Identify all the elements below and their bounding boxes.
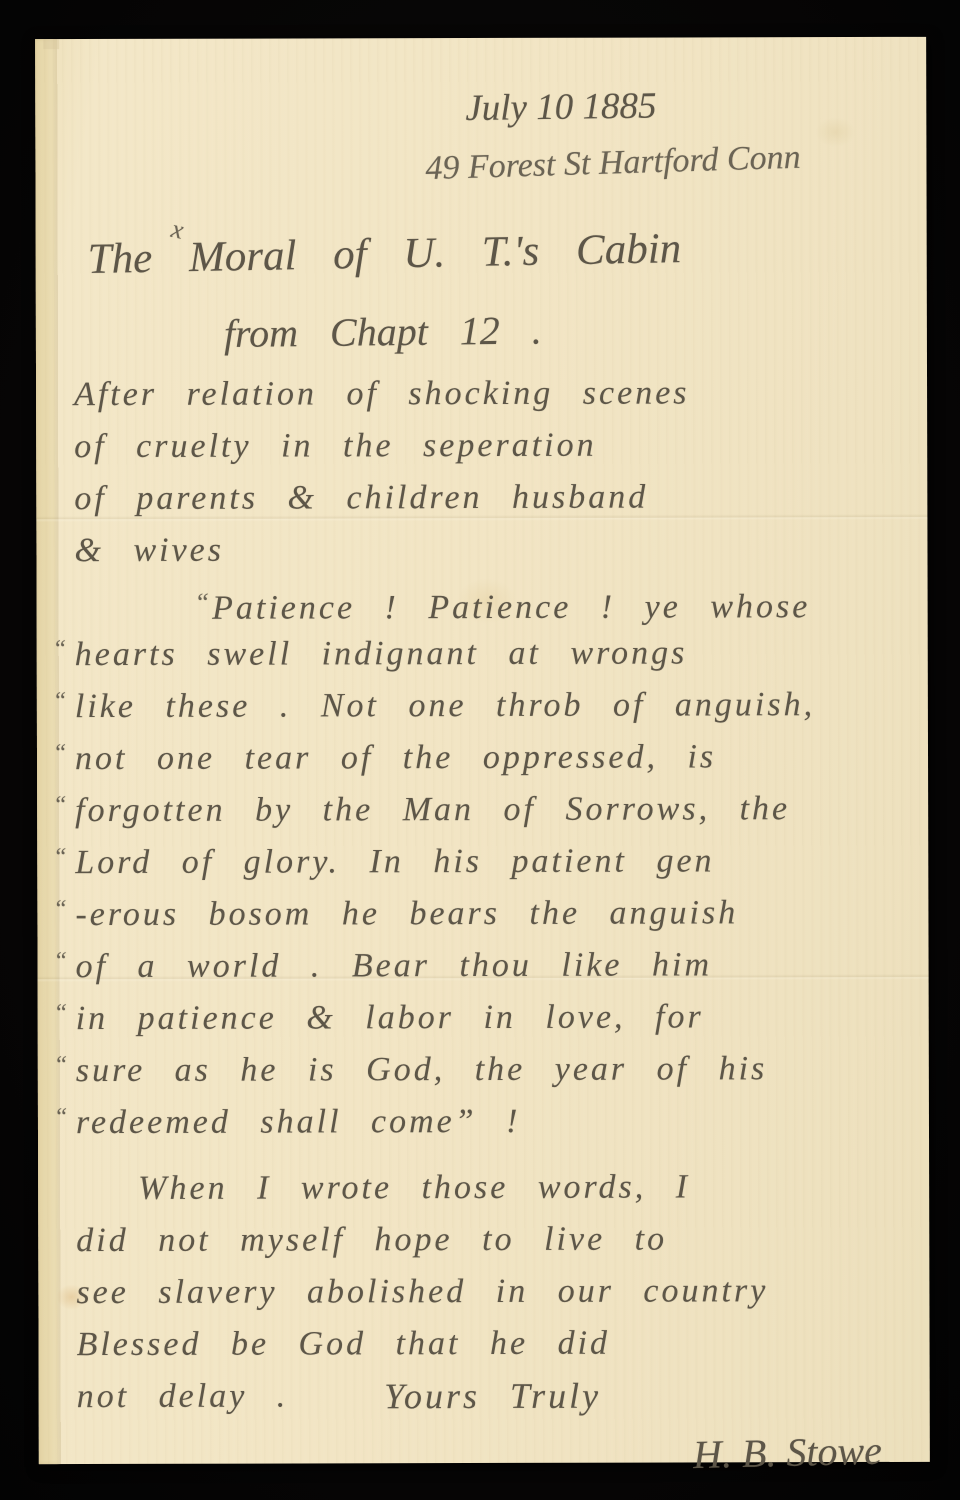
letter-subtitle: from Chapt 12 . bbox=[224, 306, 542, 357]
intro-line: & wives bbox=[74, 523, 913, 577]
quote-line: “hearts swell indignant at wrongs bbox=[75, 627, 914, 681]
letter-body: After relation of shocking scenes of cru… bbox=[74, 367, 916, 1481]
quote-line: “like these . Not one throb of anguish, bbox=[75, 679, 914, 733]
margin-quotation-mark: “ bbox=[53, 727, 66, 779]
photo-background: July 10 1885 49 Forest St Hartford Conn … bbox=[0, 0, 960, 1500]
quote-text: not one tear of the oppressed, is bbox=[75, 738, 716, 777]
quote-text: Lord of glory. In his patient gen bbox=[75, 842, 714, 881]
letter-page: July 10 1885 49 Forest St Hartford Conn … bbox=[35, 37, 930, 1464]
quote-text: redeemed shall come” ! bbox=[76, 1103, 521, 1141]
closing-line: Blessed be God that he did bbox=[76, 1317, 915, 1371]
quote-text: sure as he is God, the year of his bbox=[76, 1050, 768, 1089]
page-corner-notch bbox=[43, 39, 59, 49]
closing-line: When I wrote those words, I bbox=[76, 1161, 915, 1215]
closing-line: did not myself hope to live to bbox=[76, 1213, 915, 1267]
margin-quotation-mark: “ bbox=[53, 831, 66, 883]
intro-line: of parents & children husband bbox=[74, 471, 913, 525]
margin-quotation-mark: “ bbox=[53, 883, 66, 935]
quote-line: “in patience & labor in love, for bbox=[76, 991, 915, 1045]
closing-valediction-row: not delay . Yours Truly bbox=[77, 1369, 916, 1423]
quote-text: Patience ! Patience ! ye whose bbox=[212, 588, 810, 627]
quote-text: like these . Not one throb of anguish, bbox=[75, 686, 815, 725]
quote-text: forgotten by the Man of Sorrows, the bbox=[75, 790, 790, 829]
margin-quotation-mark: “ bbox=[54, 1039, 67, 1091]
intro-line: After relation of shocking scenes bbox=[74, 367, 913, 421]
margin-quotation-mark: “ bbox=[53, 779, 66, 831]
quote-line: “Lord of glory. In his patient gen bbox=[75, 835, 914, 889]
quote-text: in patience & labor in love, for bbox=[76, 998, 704, 1037]
closing-line: not delay . bbox=[77, 1371, 289, 1424]
quote-line: “redeemed shall come” ! bbox=[76, 1095, 915, 1149]
quote-line: “not one tear of the oppressed, is bbox=[75, 731, 914, 785]
letter-address: 49 Forest St Hartford Conn bbox=[425, 139, 801, 188]
quotation-mark: “ bbox=[195, 588, 213, 617]
quote-line: “forgotten by the Man of Sorrows, the bbox=[75, 783, 914, 837]
quote-line: “-erous bosom he bears the anguish bbox=[75, 887, 914, 941]
quote-text: hearts swell indignant at wrongs bbox=[75, 634, 688, 673]
closing-line: see slavery abolished in our country bbox=[76, 1265, 915, 1319]
signature: H. B. Stowe bbox=[76, 1421, 916, 1499]
intro-line: of cruelty in the seperation bbox=[74, 419, 913, 473]
margin-quotation-mark: “ bbox=[53, 623, 66, 675]
margin-quotation-mark: “ bbox=[54, 1091, 67, 1143]
letter-title: The Moral of U. T.'s Cabin bbox=[87, 224, 681, 284]
letter-date: July 10 1885 bbox=[465, 85, 657, 130]
quote-text: of a world . Bear thou like him bbox=[76, 946, 713, 985]
margin-quotation-mark: “ bbox=[53, 675, 66, 727]
valediction: Yours Truly bbox=[384, 1370, 601, 1423]
quote-text: -erous bosom he bears the anguish bbox=[75, 894, 738, 933]
quote-line: “sure as he is God, the year of his bbox=[76, 1043, 915, 1097]
quote-line: “of a world . Bear thou like him bbox=[75, 939, 914, 993]
margin-quotation-mark: “ bbox=[54, 987, 67, 1039]
quote-line: “Patience ! Patience ! ye whose bbox=[75, 575, 914, 629]
letter-content: July 10 1885 49 Forest St Hartford Conn … bbox=[73, 37, 916, 1464]
margin-quotation-mark: “ bbox=[53, 935, 66, 987]
